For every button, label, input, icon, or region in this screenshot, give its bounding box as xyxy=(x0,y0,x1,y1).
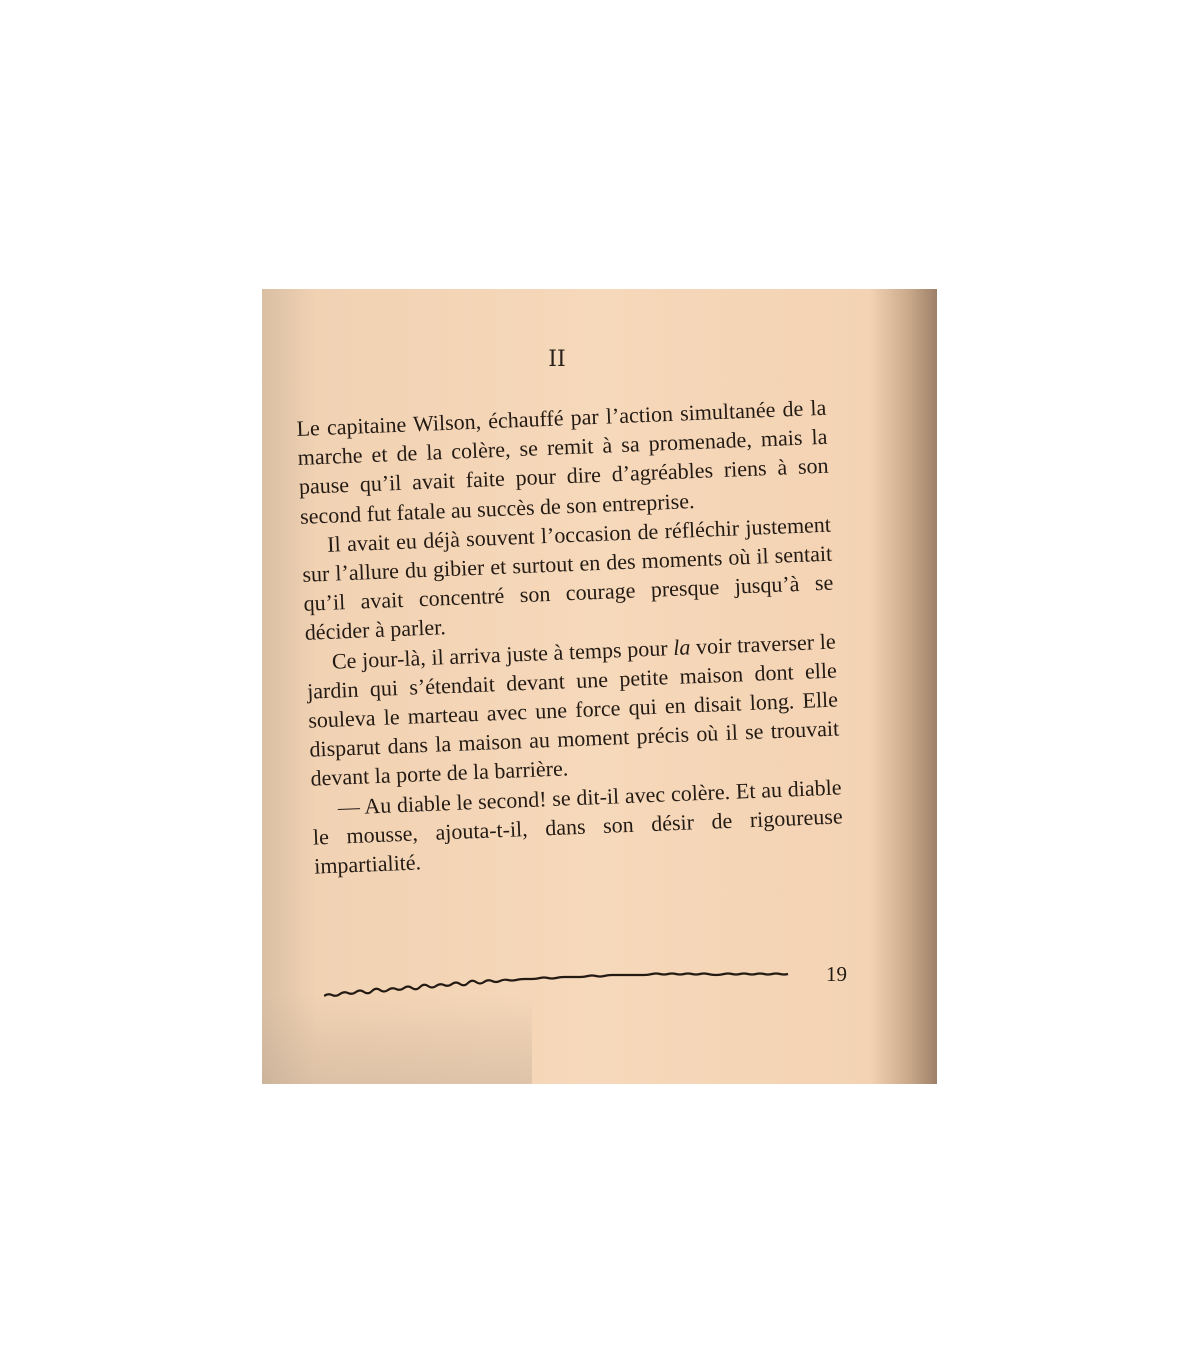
italic-word: la xyxy=(673,634,691,660)
decorative-wave-rule-icon xyxy=(324,972,794,1002)
page-number: 19 xyxy=(826,962,847,987)
paragraph-1: Le capitaine Wilson, échauffé par l’acti… xyxy=(296,393,830,531)
chapter-heading: II xyxy=(262,347,852,372)
paragraph-3: Ce jour-là, il arriva juste à temps pour… xyxy=(305,626,840,793)
paragraph-2: Il avait eu déjà souvent l’occasion de r… xyxy=(301,509,835,647)
book-page: II Le capitaine Wilson, échauffé par l’a… xyxy=(262,289,937,1084)
body-text: Le capitaine Wilson, échauffé par l’acti… xyxy=(296,393,844,881)
